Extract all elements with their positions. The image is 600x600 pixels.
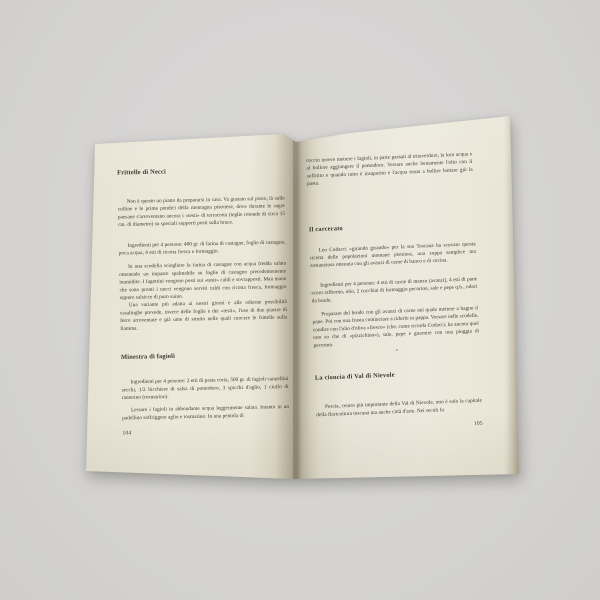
book-shadow: Frittelle di Necci Non è questo un piatt… <box>0 0 600 600</box>
left-page-text: Frittelle di Necci Non è questo un piatt… <box>117 166 290 437</box>
photo-background: Frittelle di Necci Non è questo un piatt… <box>0 0 600 600</box>
paragraph-carcerato-ingredienti: Ingredienti per 4 persone: 4 etti di car… <box>311 275 478 305</box>
recipe-title-il-carcerato: Il carcerato <box>309 219 475 233</box>
recipe-title-minestra-di-fagioli: Minestra di fagioli <box>121 350 288 360</box>
recipe-title-frittelle-di-necci: Frittelle di Necci <box>117 166 284 176</box>
paragraph-minestra-preparazione: Lessare i fagioli in abbondante acqua le… <box>122 403 289 422</box>
open-book: Frittelle di Necci Non è questo un piatt… <box>80 110 525 485</box>
paragraph-carcerato-intro: Leo Codacci «girando girando» per la sua… <box>310 240 477 270</box>
page-stack-edge <box>504 110 519 485</box>
paragraph-frittelle-intro: Non è questo un piatto da prepararsi in … <box>118 194 286 228</box>
paragraph-frittelle-ingredienti: Ingredienti per 4 persone: 400 gr. di fa… <box>119 238 286 257</box>
paragraph-minestra-continua: coccio invece mettere i fagioli, in part… <box>306 150 473 187</box>
paragraph-cioncia-intro: Pescia, centro più importante della Val … <box>316 397 482 419</box>
recipe-title-cioncia-val-di-nievole: La cioncia di Val di Nievole <box>315 368 481 382</box>
paragraph-frittelle-variante: Una variante più adatta ai nostri giorni… <box>120 298 288 332</box>
paragraph-carcerato-preparazione: Preparare del brodo con gli avanzi di ca… <box>312 304 479 349</box>
paragraph-frittelle-preparazione: In una scodella sciogliere la farina di … <box>119 260 287 302</box>
right-page-text: coccio invece mettere i fagioli, in part… <box>306 150 483 432</box>
paragraph-minestra-ingredienti: Ingredienti per 4 persone: 2 etti di pas… <box>121 375 288 402</box>
